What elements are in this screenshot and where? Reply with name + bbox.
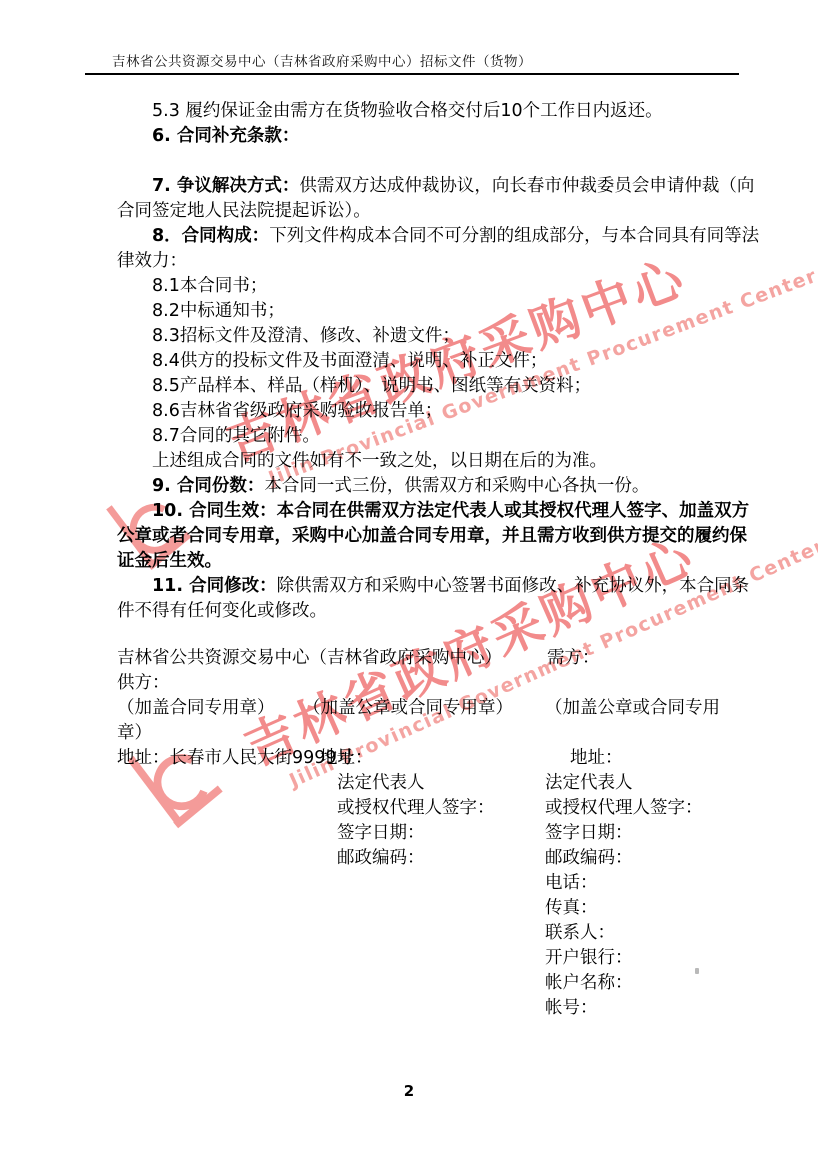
signature-column-demander: 法定代表人或授权代理人签字：签字日期：邮政编码：: [337, 771, 495, 871]
paragraph: [117, 149, 762, 174]
signature-field-label: 邮政编码：: [545, 846, 703, 871]
paragraph: 5.3 履约保证金由需方在货物验收合格交付后10个工作日内返还。: [117, 99, 762, 124]
seal-note-supplier: （加盖公章或合同专用: [545, 696, 720, 721]
signature-field-label: 电话：: [545, 871, 703, 896]
signature-field-label: 或授权代理人签字：: [337, 796, 495, 821]
scan-artifact-dot: [695, 968, 699, 974]
page-number: 2: [0, 1082, 818, 1100]
center-name: 吉林省公共资源交易中心（吉林省政府采购中心）: [117, 646, 502, 671]
paragraph: 9. 合同份数：本合同一式三份，供需双方和采购中心各执一份。: [117, 474, 762, 499]
paragraph: 8.3招标文件及澄清、修改、补遗文件；: [117, 324, 762, 349]
clause-label: 10. 合同生效：: [152, 501, 277, 521]
signature-field-label: 邮政编码：: [337, 846, 495, 871]
supplier-label: 供方：: [117, 671, 170, 696]
signature-field-label: 法定代表人: [545, 771, 703, 796]
clause-label: 6. 合同补充条款：: [152, 126, 299, 146]
paragraph: 8.6吉林省省级政府采购验收报告单；: [117, 399, 762, 424]
document-body: 5.3 履约保证金由需方在货物验收合格交付后10个工作日内返还。6. 合同补充条…: [117, 99, 762, 624]
paragraph: 8.4供方的投标文件及书面澄清、说明、补正文件；: [117, 349, 762, 374]
signature-field-label: 签字日期：: [337, 821, 495, 846]
signature-field-label: 传真：: [545, 896, 703, 921]
signature-field-label: 联系人：: [545, 921, 703, 946]
signature-field-label: 签字日期：: [545, 821, 703, 846]
paragraph: 8.2中标通知书；: [117, 299, 762, 324]
paragraph: 上述组成合同的文件如有不一致之处，以日期在后的为准。: [117, 449, 762, 474]
paragraph: 10. 合同生效：本合同在供需双方法定代表人或其授权代理人签字、加盖双方公章或者…: [117, 499, 762, 574]
address-label-2: 地址：: [320, 746, 373, 771]
clause-label: 9. 合同份数：: [152, 476, 264, 496]
paragraph: 8．合同构成：下列文件构成本合同不可分割的组成部分，与本合同具有同等法律效力：: [117, 224, 762, 274]
seal-note-demander: （加盖公章或合同专用章）: [303, 696, 513, 721]
signature-field-label: 法定代表人: [337, 771, 495, 796]
paragraph: 8.7合同的其它附件。: [117, 424, 762, 449]
seal-note-supplier-wrap: 章）: [117, 721, 152, 746]
document-page: 吉林省政府采购中心 Jilin Provincial Government Pr…: [0, 0, 818, 1168]
clause-label: 11. 合同修改：: [152, 576, 277, 596]
clause-label: 7. 争议解决方式：: [152, 176, 299, 196]
clause-label: 8．合同构成：: [152, 226, 269, 246]
paragraph: 6. 合同补充条款：: [117, 124, 762, 149]
page-header: 吉林省公共资源交易中心（吉林省政府采购中心）招标文件（货物）: [112, 50, 532, 70]
paragraph: 7. 争议解决方式：供需双方达成仲裁协议，向长春市仲裁委员会申请仲裁（向合同签定…: [117, 174, 762, 224]
signature-column-supplier: 法定代表人或授权代理人签字：签字日期：邮政编码：电话：传真：联系人：开户银行：帐…: [545, 771, 703, 1021]
header-rule: [85, 73, 739, 75]
seal-note-center: （加盖合同专用章）: [117, 696, 275, 721]
demander-label: 需方：: [547, 646, 600, 671]
paragraph: 11. 合同修改：除供需双方和采购中心签署书面修改、补充协议外，本合同条件不得有…: [117, 574, 762, 624]
address-label-3: 地址：: [570, 746, 623, 771]
signature-field-label: 开户银行：: [545, 946, 703, 971]
address-center: 地址：长春市人民大街9999号: [117, 746, 354, 771]
signature-field-label: 帐号：: [545, 996, 703, 1021]
signature-field-label: 帐户名称：: [545, 971, 703, 996]
signature-field-label: 或授权代理人签字：: [545, 796, 703, 821]
paragraph: 8.1本合同书；: [117, 274, 762, 299]
paragraph: 8.5产品样本、样品（样机）、说明书、图纸等有关资料；: [117, 374, 762, 399]
signature-block: 吉林省公共资源交易中心（吉林省政府采购中心） 需方： 供方： （加盖合同专用章）…: [117, 646, 797, 1066]
